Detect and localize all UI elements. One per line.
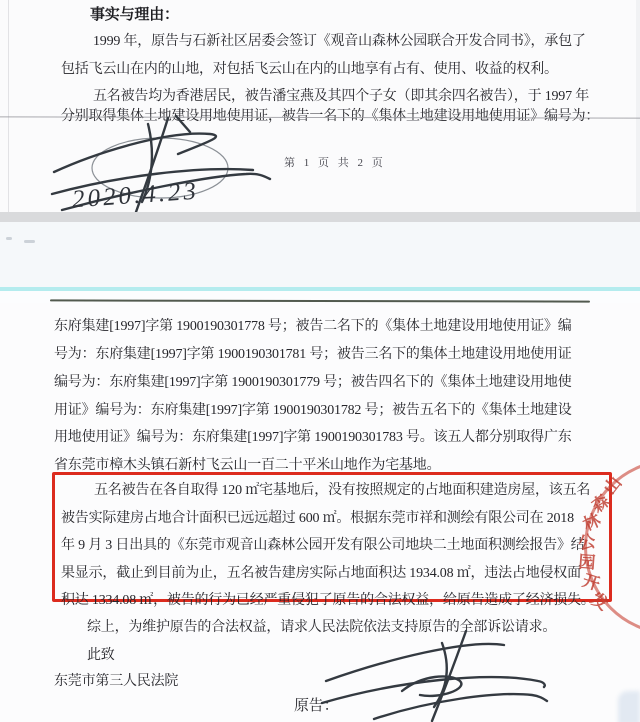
body-line: 号为：东府集建[1997]字第 1900190301781 号；被告三名下的集体…: [54, 343, 572, 363]
page-1: 事实与理由： 1999 年，原告与石新社区居委会签订《观音山森林公园联合开发合同…: [0, 0, 640, 212]
highlighted-line: 被告实际建房占地合计面积已远远超过 600 ㎡。根据东莞市祥和测绘有限公司在 2…: [61, 507, 574, 527]
court-name: 东莞市第三人民法院: [54, 670, 178, 690]
body-line: 用证》编号为：东府集建[1997]字第 1900190301782 号；被告五名…: [54, 399, 572, 419]
highlighted-line: 积达 1334.08 ㎡，被告的行为已经严重侵犯了原告的合法权益，给原告造成了经…: [61, 589, 595, 609]
section-heading: 事实与理由：: [90, 6, 179, 24]
body-line: 1999 年，原告与石新社区居委会签订《观音山森林公园联合开发合同书》，承包了: [93, 33, 586, 51]
document-viewer: 事实与理由： 1999 年，原告与石新社区居委会签订《观音山森林公园联合开发合同…: [0, 0, 640, 722]
scan-speck: [6, 237, 12, 240]
highlighted-line: 果显示，截止到目前为止，五名被告建房实际占地面积达 1934.08 ㎡，违法占地…: [61, 562, 581, 582]
highlighted-line: 五名被告在各自取得 120 ㎡宅基地后，没有按照规定的占地面积建造房屋，该五名: [94, 479, 590, 499]
page-edge-line: [636, 0, 640, 212]
body-line: 包括飞云山在内的山地，对包括飞云山在内的山地享有占有、使用、收益的权利。: [61, 61, 558, 79]
body-line: 东府集建[1997]字第 1900190301778 号；被告二名下的《集体土地…: [54, 315, 572, 335]
seal-character: 园: [577, 553, 596, 572]
scan-speck: [24, 240, 35, 243]
body-line: 省东莞市樟木头镇石新村飞云山一百二十平米山地作为宅基地。: [54, 454, 440, 474]
plaintiff-signature: [318, 629, 550, 722]
screenshot-separator-band: [0, 212, 640, 222]
scan-corner-tint: [618, 691, 640, 722]
seal-character: 公: [577, 533, 598, 554]
screenshot-gap: [0, 222, 640, 287]
highlighted-line: 年 9 月 3 日出具的《东莞市观音山森林公园开发有限公司地块二土地面积测绘报告…: [61, 534, 585, 554]
body-line: 用地使用证》编号为：东府集建[1997]字第 1900190301783 号。该…: [54, 426, 572, 446]
page-2: 东府集建[1997]字第 1900190301778 号；被告二名下的《集体土地…: [0, 303, 640, 722]
body-line: 五名被告均为香港居民，被告潘宝燕及其四个子女（即其余四名被告），于 1997 年: [93, 88, 589, 106]
page-number: 第 1 页 共 2 页: [284, 154, 386, 170]
page-edge-line: [8, 0, 9, 212]
salutation: 此致: [87, 644, 115, 664]
body-line: 编号为：东府集建[1997]字第 1900190301779 号；被告四名下的《…: [54, 371, 572, 391]
